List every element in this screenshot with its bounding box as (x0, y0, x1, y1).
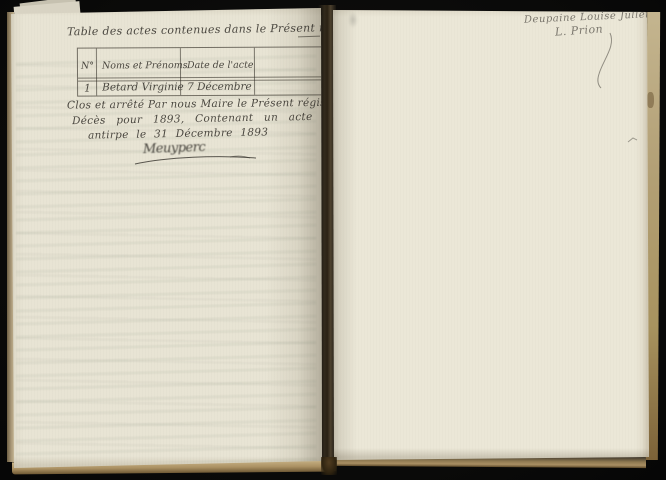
table-row-name: Betard Virginie (102, 81, 184, 93)
signature-flourish (132, 153, 262, 167)
table-line-v1 (96, 49, 97, 96)
left-page: Table des actes contenues dans le Présen… (10, 6, 322, 468)
book-spine-bottom-notch (321, 457, 337, 475)
closing-line-1: Clos et arrêté Par nous Maire le Présent… (67, 96, 365, 111)
table-line-v3 (254, 48, 255, 95)
table-header-names: Noms et Prénoms (102, 60, 188, 71)
table-row-date: 7 Décembre (187, 81, 252, 93)
table-line-h1 (78, 76, 323, 78)
table-header-number: N° (81, 61, 94, 72)
pencil-tick (627, 136, 639, 144)
register-table: N° Noms et Prénoms Date de l'acte 1 Beta… (77, 46, 324, 96)
fore-edge-stain (647, 92, 654, 108)
annotation-flourish (589, 30, 619, 90)
title-underline (298, 36, 320, 38)
pencil-smudge (348, 12, 358, 28)
table-row-number: 1 (84, 83, 91, 95)
table-header-date: Date de l'acte (187, 60, 254, 71)
register-title: Table des actes contenues dans le Présen… (67, 21, 366, 39)
scanned-register-photo: Table des actes contenues dans le Présen… (0, 0, 666, 480)
right-page: Deupaine Louise Jullet L. Prion (331, 8, 649, 460)
